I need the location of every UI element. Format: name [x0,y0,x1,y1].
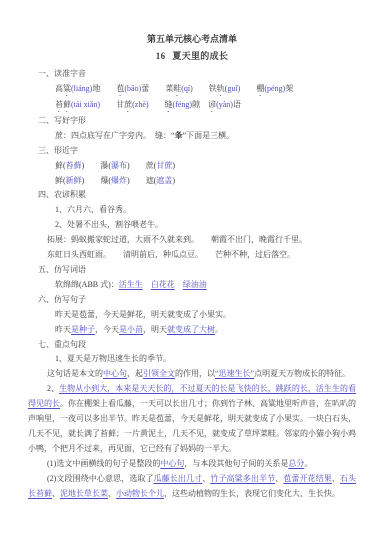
pinyin-row-1: 高粱(liáng)地 苞(bāo)蕾 菜畦(qí) 铁轨(guǐ) 棚(péng… [55,82,356,98]
answer-text: 绿油油 [183,280,207,289]
text-segment: 夆 [175,131,183,140]
text-segment: 甘蔗 [156,161,172,170]
text-segment: 谚 [208,100,216,109]
doc-line: 昨天是种子，今天是小苗，明天就变成了大树。 [55,323,356,338]
doc-line: 1、夏天是万物迅速生长的季节。 [55,352,356,367]
text-segment: (liáng) [71,84,92,93]
text-segment: 七、重点句段 [38,340,86,349]
text-segment: ，起 [127,369,143,378]
text-segment: 二、写好字形 [38,116,86,125]
doc-line: 拓展：蚂蚁搬家蛇过道，大雨不久就来到。 朝霞不出门，晚霞行千里。 [47,233,356,248]
text-segment: 遮( [146,176,157,185]
text-segment: 、 [52,489,60,498]
text-segment: 隙 [192,100,200,109]
text-segment: 五、仿写词语 [38,265,86,274]
text-segment: 2、 [47,384,59,393]
text-segment: ，与本段其他句子间的关系是 [184,459,288,468]
text-segment: 爆( [100,176,111,185]
answer-text: 竹子高粱多出半节 [210,474,275,483]
text-segment: 轨 [217,84,225,93]
text-segment: 昨天是苞蕾，今天是鲜花，明天就变成了小果实。 [55,310,231,319]
text-segment: 四、农谚积累 [38,190,86,199]
text-segment: (yàn) [216,100,233,109]
lesson-title-text: 夏天里的成长 [172,51,228,61]
text-segment: (guǐ) [225,84,241,93]
answer-text: 引领全文 [143,369,175,378]
section-heading-3: 三、形近字 [38,144,356,159]
text-segment: 蔗：四点底写在广字旁内。 缝：“ [55,131,175,140]
text-segment: ”下面是三横。 [183,131,235,140]
text-segment [100,84,116,93]
text-segment: 瀑( [100,161,111,170]
text-segment: 甘 [116,100,124,109]
text-segment [193,84,209,93]
text-segment: 遮盖 [156,176,172,185]
answer-text: 就变成了大树 [167,325,215,334]
text-segment [240,84,256,93]
answer-text: 总分 [288,459,304,468]
text-segment: (zhè) [132,100,148,109]
text-segment: (bāo) [124,84,141,93]
text-segment: 语 [233,100,241,109]
text-segment [84,161,100,170]
section-heading-1: 一、读准字音 [38,67,356,82]
answer-text: 是小苗 [119,325,143,334]
text-segment: 。 [215,325,223,334]
text-segment: 1、六月六，看谷秀。 [55,205,131,214]
text-segment [149,84,165,93]
unit-title: 第五单元核心考点清单 [28,32,356,47]
text-segment [130,176,146,185]
text-segment: 。你在棚架上看瓜藤，一天可以长出几寸；你到竹子林、高粱地里听声音，在叭叭的声响里… [28,399,356,453]
answer-text: 中心句 [160,459,184,468]
text-segment: 、 [108,489,116,498]
text-segment: 铁 [209,84,217,93]
text-segment: 爆炸 [111,176,127,185]
answer-text: 小动物长个儿 [116,489,164,498]
text-segment: 苔藓 [66,161,82,170]
doc-line: 藓(苔藓) 瀑(瀑布) 蔗(甘蔗) [55,159,356,174]
answer-text: 泥地长草长菜 [60,489,108,498]
doc-line: 昨天是苞蕾，今天是鲜花，明天就变成了小果实。 [55,308,356,323]
answer-text: “迅速生长” [215,369,254,378]
section-heading-2: 二、写好字形 [38,114,356,129]
lesson-number: 16 [156,51,166,61]
section-heading-5: 五、仿写词语 [38,263,356,278]
text-segment [84,176,100,185]
text-segment: 高 [55,84,63,93]
answer-text: 瓜藤长出几寸 [154,474,203,483]
text-segment: 的作用，以 [175,369,215,378]
text-segment: (2)文段围绕中心意思，选取了 [47,474,154,483]
answer-text: 白花花 [151,280,175,289]
question-2: (2)文段围绕中心意思，选取了瓜藤长出几寸、竹子高粱多出半节、苞蕾开花结果、石头… [28,472,356,502]
pinyin-row-2: 苔藓(tái xiǎn) 甘蔗(zhè) 缝(féng)隙 谚(yàn)语 [55,98,356,114]
text-segment: 软绵绵(ABB 式)： [55,280,119,289]
text-segment: 一、读准字音 [38,69,86,78]
text-segment: 缝 [165,100,173,109]
text-segment: 这句话是本文的 [47,369,103,378]
doc-line: 鲜(新鲜) 爆(爆炸) 遮(遮盖) [55,174,356,189]
text-segment: 蔗( [146,161,157,170]
text-segment: 东虹日头西虹雨。 清明前后，种瓜点豆。 芒种不种，过后落空。 [47,250,295,259]
text-segment [149,100,165,109]
text-segment: 三、形近字 [38,146,78,155]
doc-body: 一、读准字音高粱(liáng)地 苞(bāo)蕾 菜畦(qí) 铁轨(guǐ) … [28,67,356,501]
doc-line: 这句话是本文的中心句，起引领全文的作用，以“迅速生长”点明夏天万物成长的特征。 [47,367,356,382]
text-segment: 鲜( [55,176,66,185]
text-segment: 2、处暑不出头，割谷喂老牛。 [55,220,163,229]
text-segment: 新鲜 [66,176,82,185]
answer-text: 中心句 [103,369,127,378]
doc-line: 蔗：四点底写在广字旁内。 缝：“夆”下面是三横。 [55,129,356,144]
text-segment [130,161,146,170]
doc-line: 2、处暑不出头，割谷喂老牛。 [55,218,356,233]
doc-line: 1、六月六，看谷秀。 [55,203,356,218]
text-segment: 瀑布 [111,161,127,170]
key-paragraph: 2、生物从小到大，本来是天天长的，不过夏天的长是飞快的长，跳跃的长，活生生的看得… [28,382,356,457]
doc-line: 软绵绵(ABB 式)：活生生 白花花 绿油油 [55,278,356,293]
text-segment: 拓展：蚂蚁搬家蛇过道，大雨不久就来到。 朝霞不出门，晚霞行千里。 [47,235,307,244]
text-segment: 粱 [63,84,71,93]
text-segment: 苔 [55,100,63,109]
section-heading-4: 四、农谚积累 [38,188,356,203]
text-segment: 。 [304,459,312,468]
text-segment: ，明天 [143,325,167,334]
text-segment: 昨天 [55,325,71,334]
text-segment: 点明夏天万物成长的特征。 [254,369,350,378]
section-heading-6: 六、仿写句子 [38,293,356,308]
answer-text: 苞蕾开花结果 [283,474,332,483]
text-segment: (féng) [173,100,193,109]
text-segment [143,280,151,289]
text-segment [175,280,183,289]
text-segment: 六、仿写句子 [38,295,86,304]
text-segment: (1)选文中画横线的句子是整段的 [47,459,160,468]
text-segment: ) [172,176,175,185]
text-segment: 1、夏天是万物迅速生长的季节。 [55,354,171,363]
text-segment: 蔗 [124,100,132,109]
section-heading-7: 七、重点句段 [38,338,356,353]
text-segment: ，这些动植物的生长，表现它们变化大、生长快。 [164,489,340,498]
doc-line: 东虹日头西虹雨。 清明前后，种瓜点豆。 芒种不种，过后落空。 [47,248,356,263]
text-segment: 架 [285,84,293,93]
text-segment: (péng) [264,84,285,93]
text-segment: 藓 [63,100,71,109]
text-segment [100,100,116,109]
question-1: (1)选文中画横线的句子是整段的中心句，与本段其他句子间的关系是总分。 [28,457,356,472]
answer-text: 活生生 [119,280,143,289]
text-segment [200,100,208,109]
document-page: 第五单元核心考点清单 16夏天里的成长 一、读准字音高粱(liáng)地 苞(b… [0,0,382,501]
text-segment: 藓( [55,161,66,170]
lesson-title: 16夏天里的成长 [28,49,356,64]
text-segment: ) [172,161,175,170]
text-segment: ，今天 [95,325,119,334]
text-segment: (qí) [181,84,193,93]
text-segment: (tái xiǎn) [71,100,100,109]
answer-text: 是种子 [71,325,95,334]
text-segment: 、 [332,474,340,483]
